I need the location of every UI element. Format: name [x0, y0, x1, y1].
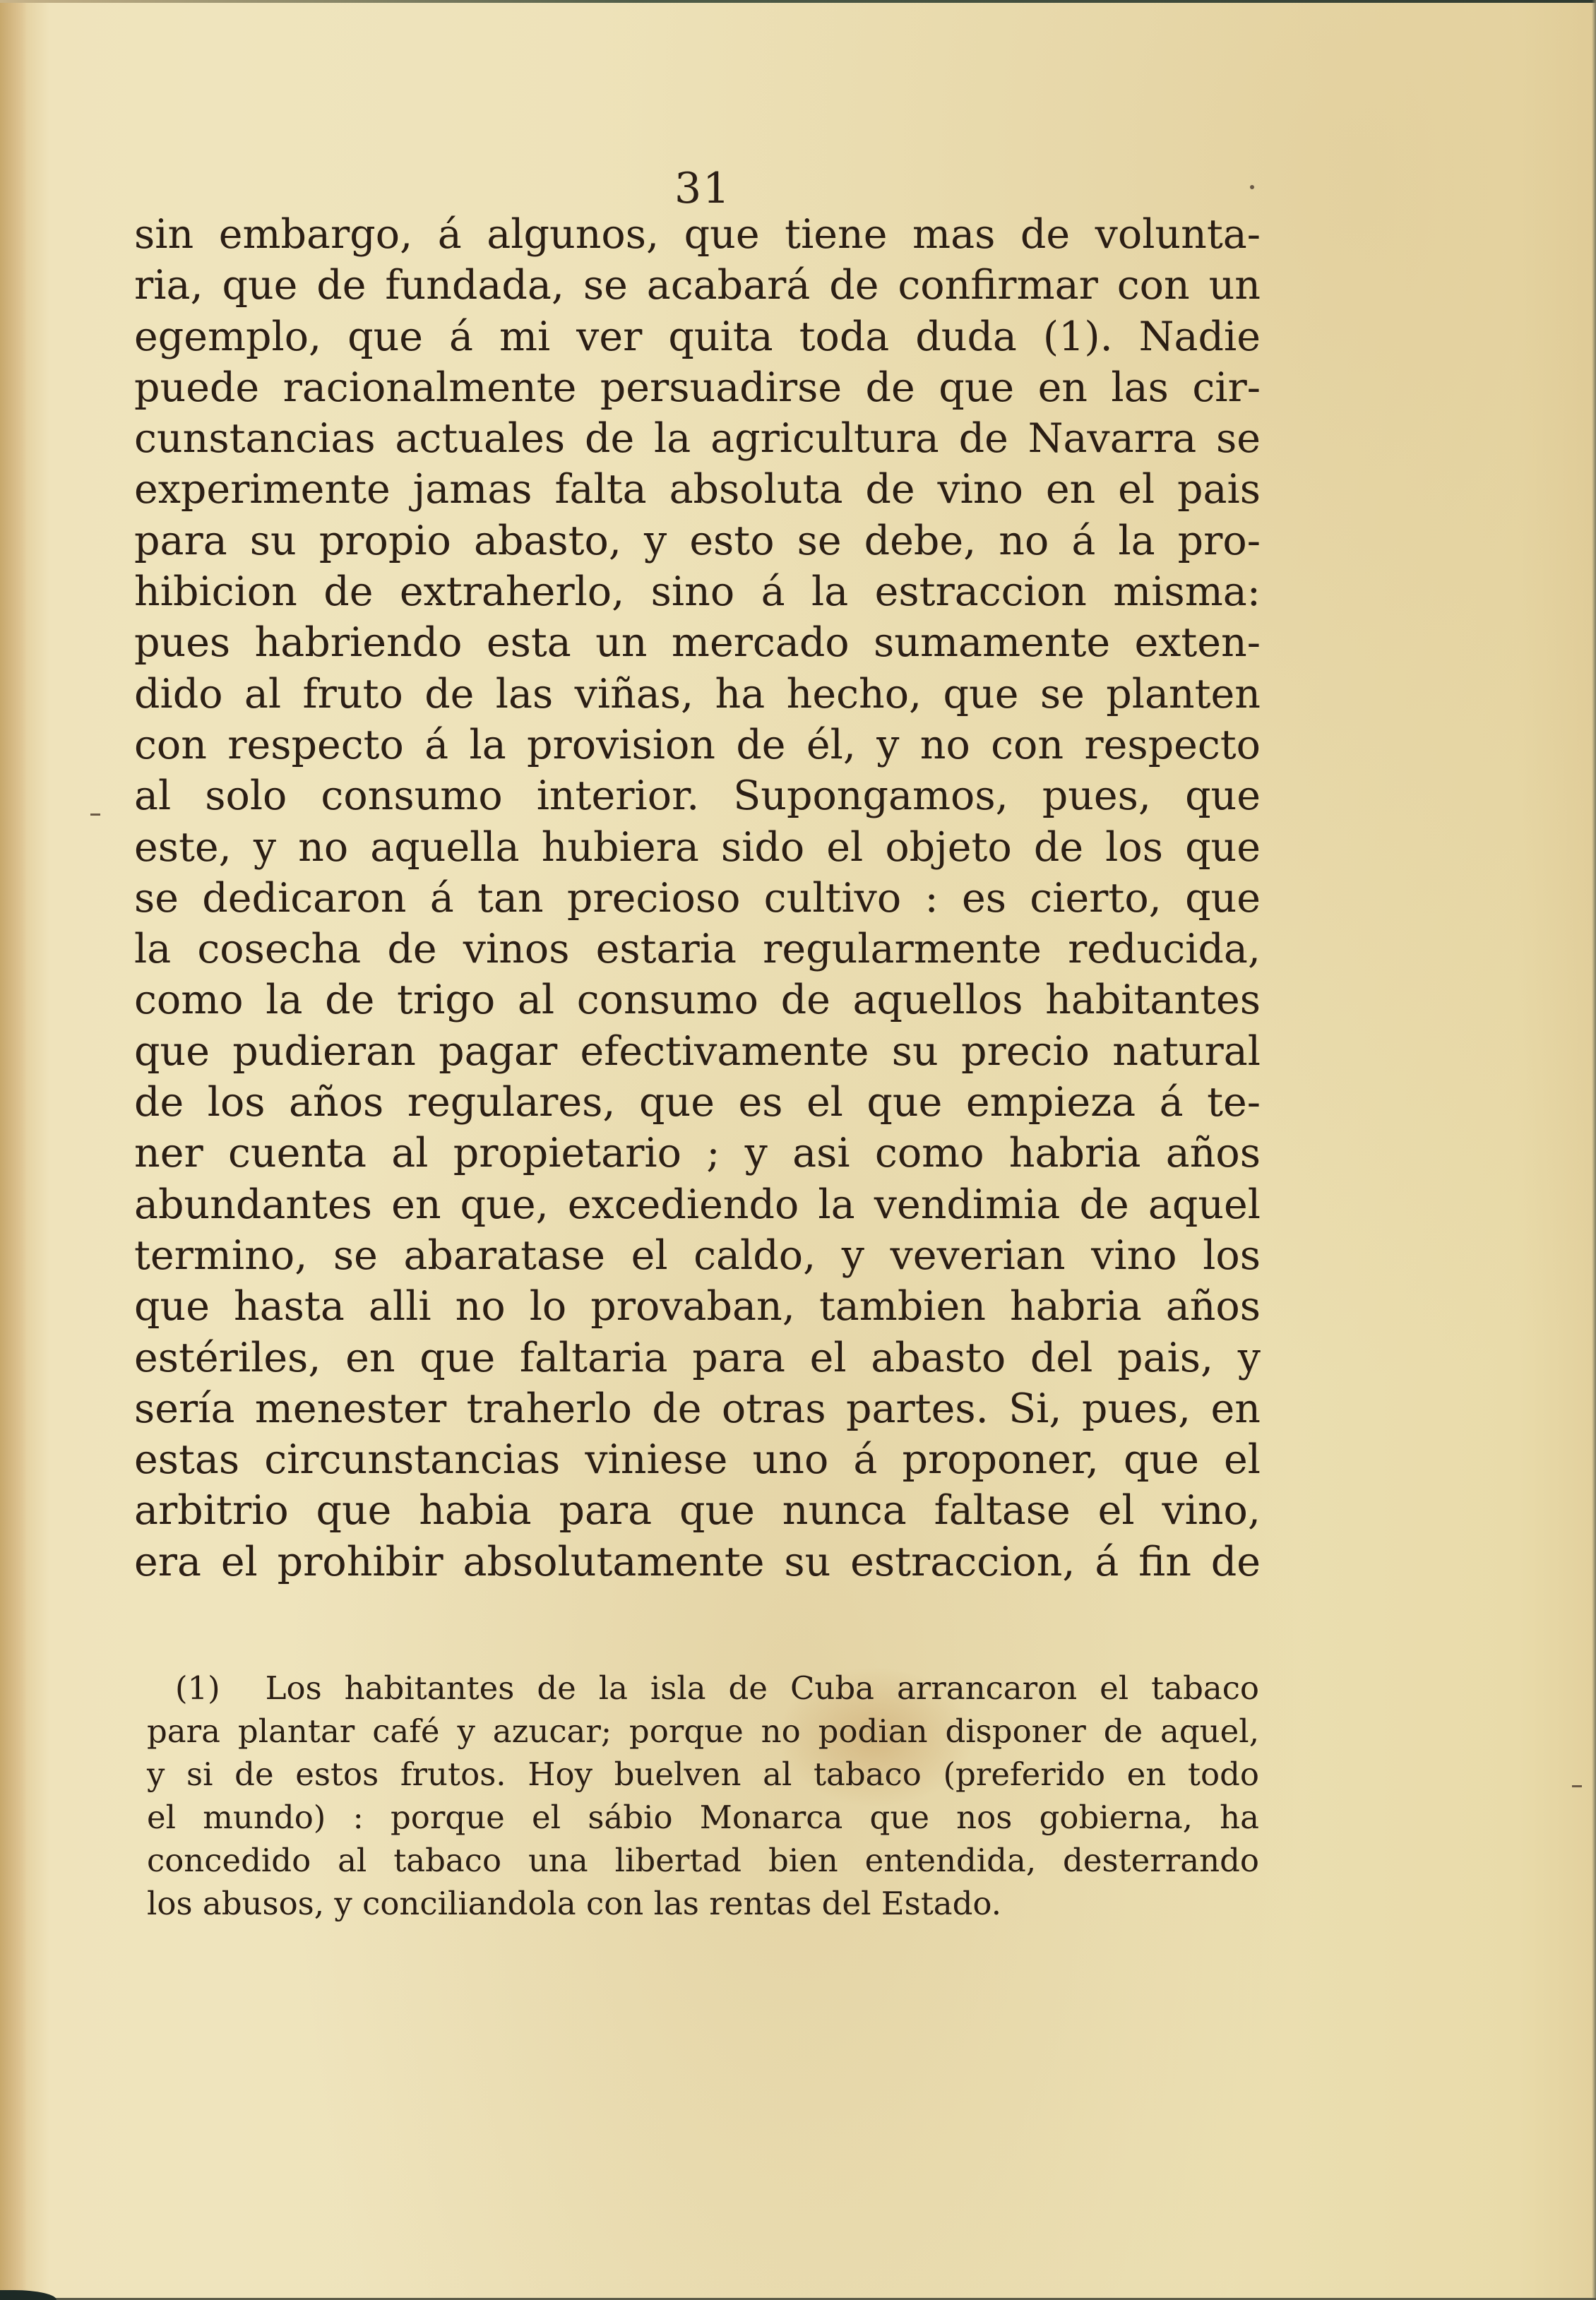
- text-line: pues habriendo esta un mercado sumamente…: [134, 617, 1261, 668]
- text-line: sin embargo, á algunos, que tiene mas de…: [134, 209, 1261, 260]
- footnote-line: Los habitantes de la isla de Cuba arranc…: [266, 1669, 1259, 1707]
- footnote-marker: (1): [175, 1669, 220, 1707]
- margin-mark: [90, 814, 100, 816]
- dark-corner-background: [0, 2290, 56, 2300]
- main-text-block: sin embargo, á algunos, que tiene mas de…: [134, 209, 1261, 1587]
- footnote-line: el mundo) : porque el sábio Monarca que …: [147, 1796, 1259, 1839]
- footnote-line: para plantar café y azucar; porque no po…: [147, 1710, 1259, 1753]
- text-line: que pudieran pagar efectivamente su prec…: [134, 1026, 1261, 1077]
- margin-mark: [1250, 185, 1254, 189]
- page-number: 31: [674, 164, 731, 213]
- text-line: para su propio abasto, y esto se debe, n…: [134, 516, 1261, 566]
- text-line: arbitrio que habia para que nunca faltas…: [134, 1485, 1261, 1536]
- book-page: 31 sin embargo, á algunos, que tiene mas…: [0, 0, 1596, 2300]
- text-line: egemplo, que á mi ver quita toda duda (1…: [134, 311, 1261, 362]
- text-line: termino, se abaratase el caldo, y veveri…: [134, 1230, 1261, 1281]
- text-line: experimente jamas falta absoluta de vino…: [134, 464, 1261, 515]
- text-line: cunstancias actuales de la agricultura d…: [134, 413, 1261, 464]
- right-page-edge: [1592, 0, 1596, 2300]
- binding-shadow: [0, 0, 27, 2300]
- text-line: como la de trigo al consumo de aquellos …: [134, 975, 1261, 1025]
- text-line: ria, que de fundada, se acabará de confi…: [134, 260, 1261, 311]
- text-line: era el prohibir absolutamente su estracc…: [134, 1537, 1261, 1587]
- text-line: abundantes en que, excediendo la vendimi…: [134, 1179, 1261, 1230]
- footnote-line: y si de estos frutos. Hoy buelven al tab…: [147, 1753, 1259, 1796]
- text-line: este, y no aquella hubiera sido el objet…: [134, 822, 1261, 873]
- text-line: estas circunstancias viniese uno á propo…: [134, 1434, 1261, 1485]
- text-line: dido al fruto de las viñas, ha hecho, qu…: [134, 669, 1261, 720]
- footnote-first-line: (1) Los habitantes de la isla de Cuba ar…: [147, 1667, 1259, 1710]
- text-line: hibicion de extraherlo, sino á la estrac…: [134, 566, 1261, 617]
- footnote: (1) Los habitantes de la isla de Cuba ar…: [147, 1667, 1259, 1925]
- top-page-edge: [0, 0, 1596, 3]
- text-line: estériles, en que faltaria para el abast…: [134, 1333, 1261, 1383]
- text-line: puede racionalmente persuadirse de que e…: [134, 362, 1261, 413]
- footnote-line: los abusos, y conciliandola con las rent…: [147, 1882, 1259, 1925]
- text-line: que hasta alli no lo provaban, tambien h…: [134, 1281, 1261, 1332]
- text-line: sería menester traherlo de otras partes.…: [134, 1383, 1261, 1434]
- text-line: con respecto á la provision de él, y no …: [134, 720, 1261, 770]
- text-line: de los años regulares, que es el que emp…: [134, 1077, 1261, 1128]
- text-line: se dedicaron á tan precioso cultivo : es…: [134, 873, 1261, 924]
- footnote-line: concedido al tabaco una libertad bien en…: [147, 1839, 1259, 1882]
- margin-mark: [1572, 1785, 1582, 1787]
- text-line: la cosecha de vinos estaria regularmente…: [134, 924, 1261, 975]
- text-line: ner cuenta al propietario ; y asi como h…: [134, 1128, 1261, 1179]
- text-line: al solo consumo interior. Supongamos, pu…: [134, 770, 1261, 821]
